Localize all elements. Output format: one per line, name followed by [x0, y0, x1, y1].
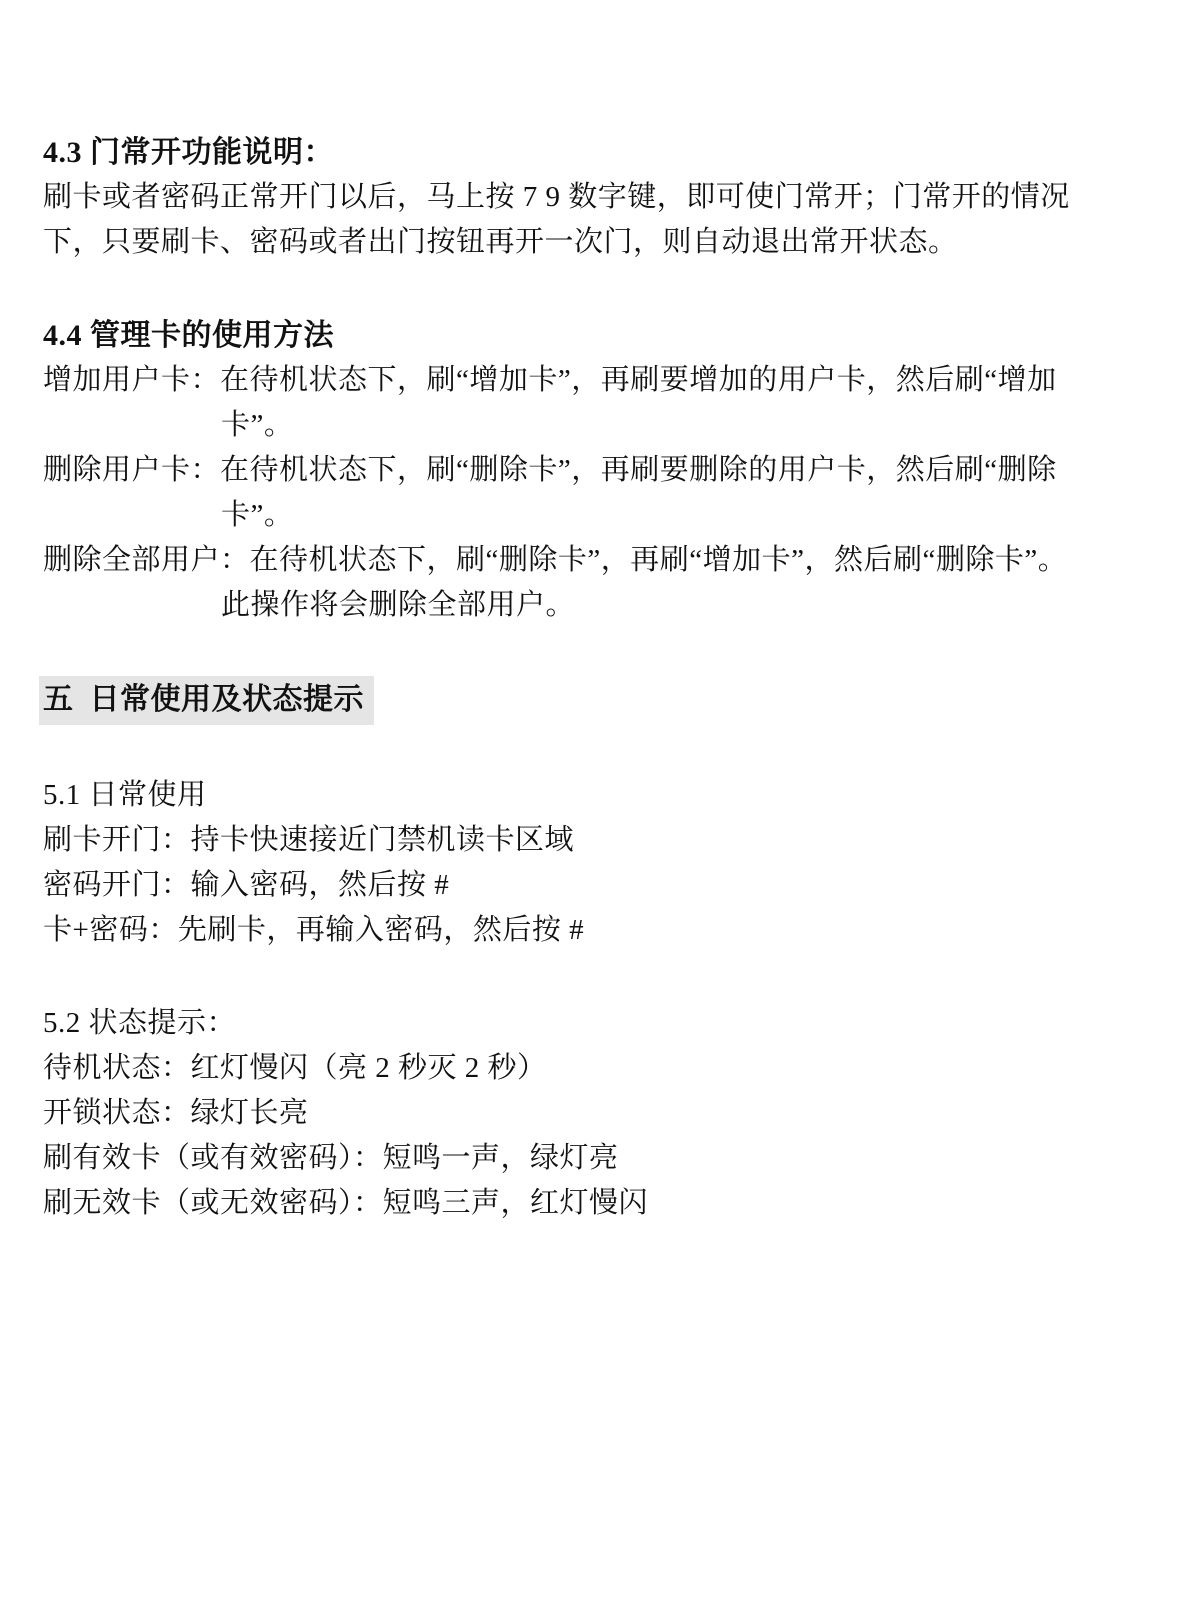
section-5-heading-highlight: 五 日常使用及状态提示	[39, 676, 374, 725]
unlocked-status-line: 开锁状态：绿灯长亮	[43, 1091, 1132, 1136]
standby-status-line: 待机状态：红灯慢闪（亮 2 秒灭 2 秒）	[43, 1046, 1132, 1091]
section-5-2-heading: 5.2 状态提示：	[43, 1001, 1132, 1046]
section-4-3-paragraph-line-2: 下，只要刷卡、密码或者出门按钮再开一次门，则自动退出常开状态。	[43, 220, 1132, 265]
section-5-heading-row: 五 日常使用及状态提示	[43, 676, 1132, 725]
card-plus-password-line: 卡+密码：先刷卡，再输入密码，然后按 #	[43, 908, 1132, 953]
delete-all-users-line-2: 此操作将会删除全部用户。	[43, 583, 1132, 628]
invalid-card-status-line: 刷无效卡（或无效密码）：短鸣三声，红灯慢闪	[43, 1181, 1132, 1226]
delete-user-card-line-1: 删除用户卡：在待机状态下，刷“删除卡”，再刷要删除的用户卡，然后刷“删除	[43, 448, 1132, 493]
add-user-card-line-2: 卡”。	[43, 403, 1132, 448]
section-4-3-paragraph-line-1: 刷卡或者密码正常开门以后，马上按 7 9 数字键，即可使门常开；门常开的情况	[43, 175, 1132, 220]
swipe-open-line: 刷卡开门：持卡快速接近门禁机读卡区域	[43, 818, 1132, 863]
section-4-3-heading: 4.3 门常开功能说明：	[43, 130, 1132, 175]
add-user-card-line-1: 增加用户卡：在待机状态下，刷“增加卡”，再刷要增加的用户卡，然后刷“增加	[43, 358, 1132, 403]
manual-page: 4.3 门常开功能说明： 刷卡或者密码正常开门以后，马上按 7 9 数字键，即可…	[0, 0, 1190, 1600]
password-open-line: 密码开门：输入密码，然后按 #	[43, 863, 1132, 908]
valid-card-status-line: 刷有效卡（或有效密码）：短鸣一声，绿灯亮	[43, 1136, 1132, 1181]
section-5-1-heading: 5.1 日常使用	[43, 773, 1132, 818]
delete-all-users-line-1: 删除全部用户：在待机状态下，刷“删除卡”，再刷“增加卡”，然后刷“删除卡”。	[43, 538, 1132, 583]
delete-user-card-line-2: 卡”。	[43, 493, 1132, 538]
section-4-4-heading: 4.4 管理卡的使用方法	[43, 313, 1132, 358]
